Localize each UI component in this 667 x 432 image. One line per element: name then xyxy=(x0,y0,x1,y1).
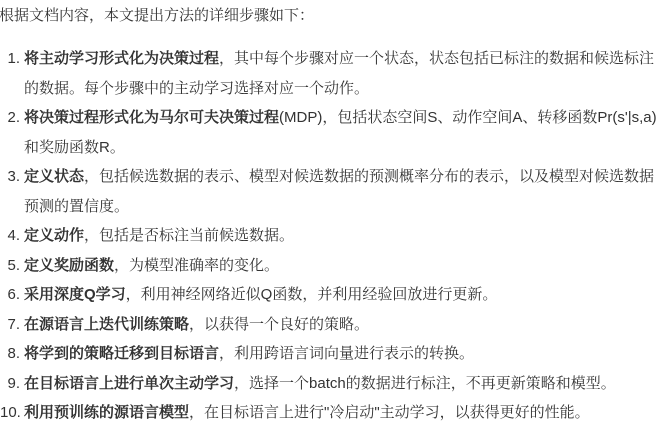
step-number: 3. xyxy=(0,162,20,192)
step-title: 定义状态 xyxy=(24,168,84,185)
step-item-2: 2.将决策过程形式化为马尔可夫决策过程(MDP)，包括状态空间S、动作空间A、转… xyxy=(0,103,663,162)
step-number: 7. xyxy=(0,310,20,340)
step-number: 5. xyxy=(0,251,20,281)
step-item-10: 10.利用预训练的源语言模型，在目标语言上进行"冷启动"主动学习，以获得更好的性… xyxy=(0,398,663,428)
step-title: 将学到的策略迁移到目标语言 xyxy=(24,345,219,362)
step-item-1: 1.将主动学习形式化为决策过程，其中每个步骤对应一个状态，状态包括已标注的数据和… xyxy=(0,44,663,103)
step-item-5: 5.定义奖励函数，为模型准确率的变化。 xyxy=(0,251,663,281)
step-item-4: 4.定义动作，包括是否标注当前候选数据。 xyxy=(0,221,663,251)
step-title: 将决策过程形式化为马尔可夫决策过程 xyxy=(24,109,279,126)
step-item-8: 8.将学到的策略迁移到目标语言，利用跨语言词向量进行表示的转换。 xyxy=(0,339,663,369)
step-title: 定义奖励函数 xyxy=(24,257,114,274)
response-content: 根据文档内容，本文提出方法的详细步骤如下： 1.将主动学习形式化为决策过程，其中… xyxy=(0,0,667,428)
step-description: ，包括候选数据的表示、模型对候选数据的预测概率分布的表示，以及模型对候选数据预测… xyxy=(24,168,654,215)
step-number: 1. xyxy=(0,44,20,74)
step-item-9: 9.在目标语言上进行单次主动学习，选择一个batch的数据进行标注，不再更新策略… xyxy=(0,369,663,399)
step-item-3: 3.定义状态，包括候选数据的表示、模型对候选数据的预测概率分布的表示，以及模型对… xyxy=(0,162,663,221)
step-item-6: 6.采用深度Q学习，利用神经网络近似Q函数，并利用经验回放进行更新。 xyxy=(0,280,663,310)
step-number: 6. xyxy=(0,280,20,310)
step-item-7: 7.在源语言上迭代训练策略，以获得一个良好的策略。 xyxy=(0,310,663,340)
step-title: 定义动作 xyxy=(24,227,84,244)
step-number: 2. xyxy=(0,103,20,133)
step-number: 8. xyxy=(0,339,20,369)
step-title: 将主动学习形式化为决策过程 xyxy=(24,50,219,67)
step-title: 采用深度Q学习 xyxy=(24,286,126,303)
step-title: 在目标语言上进行单次主动学习 xyxy=(24,375,234,392)
step-number: 9. xyxy=(0,369,20,399)
intro-paragraph: 根据文档内容，本文提出方法的详细步骤如下： xyxy=(0,5,663,27)
step-title: 在源语言上迭代训练策略 xyxy=(24,316,189,333)
steps-list: 1.将主动学习形式化为决策过程，其中每个步骤对应一个状态，状态包括已标注的数据和… xyxy=(0,44,663,428)
step-number: 10. xyxy=(0,398,20,428)
step-description: ，利用跨语言词向量进行表示的转换。 xyxy=(219,345,474,362)
step-number: 4. xyxy=(0,221,20,251)
step-description: ，包括是否标注当前候选数据。 xyxy=(84,227,294,244)
step-description: ，选择一个batch的数据进行标注，不再更新策略和模型。 xyxy=(234,375,616,392)
step-title: 利用预训练的源语言模型 xyxy=(24,404,189,421)
step-description: ，为模型准确率的变化。 xyxy=(114,257,279,274)
step-description: ，在目标语言上进行"冷启动"主动学习，以获得更好的性能。 xyxy=(189,404,590,421)
step-description: ，以获得一个良好的策略。 xyxy=(189,316,369,333)
step-description: ，利用神经网络近似Q函数，并利用经验回放进行更新。 xyxy=(126,286,498,303)
